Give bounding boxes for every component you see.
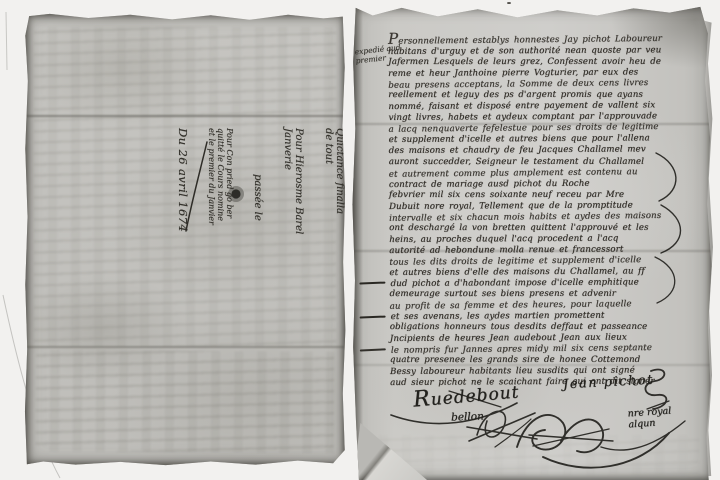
docket-annotation: Quictance finallade toutPour Hierosme Ba… [177, 128, 345, 298]
manuscript-line: quatre presenee les grands sire de honee… [390, 355, 720, 366]
docket-line: passée le [253, 128, 264, 298]
fold-crease [26, 114, 344, 118]
signature-notary-title: nre royal alqun [627, 407, 672, 431]
docket-line: Quictance finalla [334, 128, 345, 298]
docket-line: Pour Hierosme Barel [293, 128, 304, 298]
manuscript-line: obligations honneurs tous desdits deffau… [390, 322, 720, 333]
docket-date: Du 26 avril 1674 [177, 128, 188, 298]
docket-column: Pour Con pried go berquitté le Cours nom… [207, 128, 234, 298]
corner-fold [353, 423, 427, 480]
bleedthrough-text-lower [36, 350, 335, 453]
docket-column: Du 26 avril 1674 [177, 128, 188, 298]
manuscript-line: reellement et leguy des ps d'argent prom… [388, 90, 720, 101]
docket-line: quitté le Cours nomine [216, 128, 225, 298]
right-page: expedié aud premier Personnellement esta… [351, 5, 713, 480]
docket-column: Quictance finallade tout [323, 128, 345, 298]
docket-line: et le premier du Janvier [207, 128, 216, 298]
docket-line: de tout [323, 128, 334, 298]
docket-line: Janverie [282, 128, 293, 298]
manuscript-line: ont deschargé la von bretten quittent l'… [389, 223, 720, 234]
docket-line: Pour Con pried go ber [225, 128, 234, 298]
manuscript-line: des maisons et chaudry de feu Jacques Ch… [389, 144, 720, 157]
manuscript-scan: Quictance finallade toutPour Hierosme Ba… [0, 0, 720, 480]
manuscript-line: Jafermen Lesquels de leurs grez, Confess… [388, 57, 720, 68]
signature-bellon: bellon [451, 410, 484, 423]
manuscript-body: Personnellement establys honnestes Jay p… [350, 31, 720, 390]
edge-speck [507, 2, 511, 4]
left-page: Quictance finallade toutPour Hierosme Ba… [24, 13, 346, 466]
docket-column: passée le [253, 128, 264, 298]
manuscript-line: febvrier mil six cens soixante neuf rece… [389, 189, 720, 200]
notary-title-line: alqun [628, 417, 672, 431]
fold-crease [26, 345, 344, 349]
docket-column: Pour Hierosme BarelJanverie [282, 128, 304, 298]
